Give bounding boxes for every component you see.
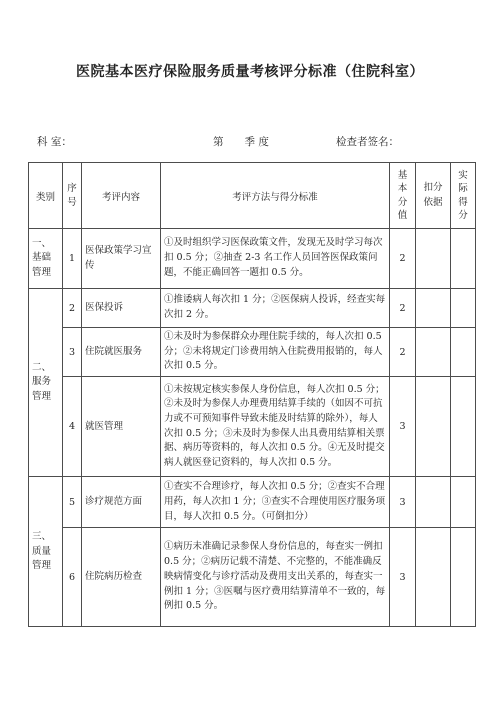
base-score-cell: 2 xyxy=(390,328,416,377)
info-row: 科 室： 第 季 度 检查者签名： xyxy=(0,134,500,150)
number-cell: 3 xyxy=(63,328,82,377)
score-table: 类别 序号 考评内容 考评方法与得分标准 基本分值 扣分依据 实际得分 一、基础… xyxy=(28,162,476,627)
table-row: 一、基础管理 1 医保政策学习宣传 ①及时组织学习医保政策文件，发现无及时学习每… xyxy=(29,229,476,289)
col-header-content: 考评内容 xyxy=(82,163,161,229)
table-row: 3 住院就医服务 ①未及时为参保群众办理住院手续的，每人次扣 0.5 分；②未将… xyxy=(29,328,476,377)
col-header-number: 序号 xyxy=(63,163,82,229)
col-header-deduction-basis: 扣分依据 xyxy=(416,163,451,229)
col-header-method: 考评方法与得分标准 xyxy=(161,163,390,229)
base-score-cell: 3 xyxy=(390,528,416,627)
method-cell: ①病历未准确记录参保人身份信息的，每查实一例扣 0.5 分；②病历记载不清楚、不… xyxy=(161,528,390,627)
inspector-signature-label: 检查者签名： xyxy=(336,134,399,149)
deduction-basis-cell xyxy=(416,289,451,328)
content-cell: 住院病历检查 xyxy=(82,528,161,627)
method-cell: ①未及时为参保群众办理住院手续的，每人次扣 0.5 分；②未将规定门诊费用纳入住… xyxy=(161,328,390,377)
method-cell: ①推诿病人每次扣 1 分；②医保病人投诉，经查实每次扣 2 分。 xyxy=(161,289,390,328)
number-cell: 5 xyxy=(63,477,82,528)
actual-score-cell xyxy=(451,289,476,328)
content-cell: 医保投诉 xyxy=(82,289,161,328)
method-cell: ①查实不合理诊疗，每人次扣 0.5 分；②查实不合理用药，每人次扣 1 分；③查… xyxy=(161,477,390,528)
col-header-category: 类别 xyxy=(29,163,63,229)
content-cell: 就医管理 xyxy=(82,377,161,477)
table-row: 三、质量管理 5 诊疗规范方面 ①查实不合理诊疗，每人次扣 0.5 分；②查实不… xyxy=(29,477,476,528)
deduction-basis-cell xyxy=(416,328,451,377)
deduction-basis-cell xyxy=(416,377,451,477)
category-cell: 三、质量管理 xyxy=(29,477,63,627)
actual-score-cell xyxy=(451,328,476,377)
content-cell: 诊疗规范方面 xyxy=(82,477,161,528)
actual-score-cell xyxy=(451,477,476,528)
table-row: 二、服务管理 2 医保投诉 ①推诿病人每次扣 1 分；②医保病人投诉，经查实每次… xyxy=(29,289,476,328)
number-cell: 1 xyxy=(63,229,82,289)
number-cell: 2 xyxy=(63,289,82,328)
table-header-row: 类别 序号 考评内容 考评方法与得分标准 基本分值 扣分依据 实际得分 xyxy=(29,163,476,229)
page-title: 医院基本医疗保险服务质量考核评分标准（住院科室） xyxy=(0,61,500,81)
col-header-number-text: 序号 xyxy=(67,182,78,209)
document-page: 医院基本医疗保险服务质量考核评分标准（住院科室） 科 室： 第 季 度 检查者签… xyxy=(0,0,500,707)
number-cell: 4 xyxy=(63,377,82,477)
table-row: 6 住院病历检查 ①病历未准确记录参保人身份信息的，每查实一例扣 0.5 分；②… xyxy=(29,528,476,627)
category-cell: 一、基础管理 xyxy=(29,229,63,289)
table-row: 4 就医管理 ①未按规定核实参保人身份信息，每人次扣 0.5 分；②未及时为参保… xyxy=(29,377,476,477)
category-cell: 二、服务管理 xyxy=(29,289,63,477)
base-score-cell: 2 xyxy=(390,229,416,289)
number-cell: 6 xyxy=(63,528,82,627)
base-score-cell: 3 xyxy=(390,477,416,528)
col-header-deduction-basis-text: 扣分依据 xyxy=(423,181,444,210)
col-header-actual-score-text: 实际得分 xyxy=(458,169,469,222)
actual-score-cell xyxy=(451,377,476,477)
col-header-base-score: 基本分值 xyxy=(390,163,416,229)
col-header-base-score-text: 基本分值 xyxy=(397,169,408,222)
col-header-actual-score: 实际得分 xyxy=(451,163,476,229)
method-cell: ①未按规定核实参保人身份信息，每人次扣 0.5 分；②未及时为参保人办理费用结算… xyxy=(161,377,390,477)
actual-score-cell xyxy=(451,229,476,289)
deduction-basis-cell xyxy=(416,229,451,289)
method-cell: ①及时组织学习医保政策文件，发现无及时学习每次扣 0.5 分；②抽查 2-3 名… xyxy=(161,229,390,289)
quarter-label: 第 季 度 xyxy=(213,134,269,149)
actual-score-cell xyxy=(451,528,476,627)
base-score-cell: 2 xyxy=(390,289,416,328)
department-label: 科 室： xyxy=(37,134,72,149)
content-cell: 医保政策学习宣传 xyxy=(82,229,161,289)
deduction-basis-cell xyxy=(416,528,451,627)
deduction-basis-cell xyxy=(416,477,451,528)
base-score-cell: 3 xyxy=(390,377,416,477)
content-cell: 住院就医服务 xyxy=(82,328,161,377)
